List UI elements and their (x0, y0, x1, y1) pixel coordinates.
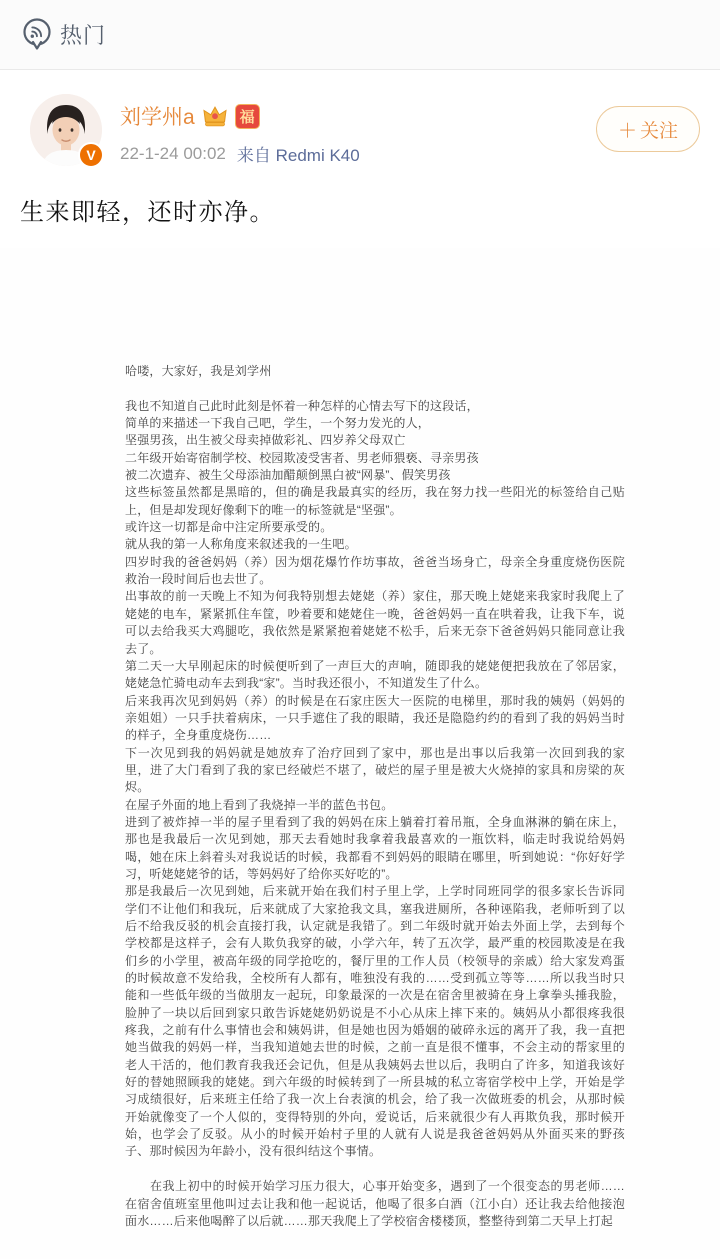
hot-feed-title: 热门 (60, 19, 106, 50)
verified-badge-icon: V (78, 142, 104, 168)
weibo-post-screen: 热门 V 刘学州a 福 (0, 0, 720, 1259)
author-line: 刘学州a 福 (120, 100, 260, 132)
follow-button[interactable]: ＋ 关注 (596, 106, 700, 152)
author-username[interactable]: 刘学州a (120, 101, 195, 131)
post-title: 生来即轻，还时亦净。 (20, 192, 275, 227)
post-timestamp: 22-1-24 00:02 (120, 144, 226, 164)
post-meta: 22-1-24 00:02 来自 Redmi K40 (120, 141, 360, 166)
avatar[interactable]: V (30, 94, 102, 166)
vip-crown-icon (202, 104, 228, 128)
post-image-letter[interactable]: 哈喽，大家好，我是刘学州 我也不知道自己此时此刻是怀着一种怎样的心情去写下的这段… (0, 248, 720, 1259)
letter-text: 哈喽，大家好，我是刘学州 我也不知道自己此时此刻是怀着一种怎样的心情去写下的这段… (125, 363, 625, 1230)
hot-feed-header: 热门 (0, 0, 720, 70)
post-source-link[interactable]: 来自 Redmi K40 (237, 141, 360, 166)
follow-button-label: 关注 (640, 116, 678, 143)
fu-festival-badge-icon: 福 (235, 104, 260, 129)
hot-feed-icon (22, 17, 52, 53)
plus-icon: ＋ (618, 116, 637, 143)
